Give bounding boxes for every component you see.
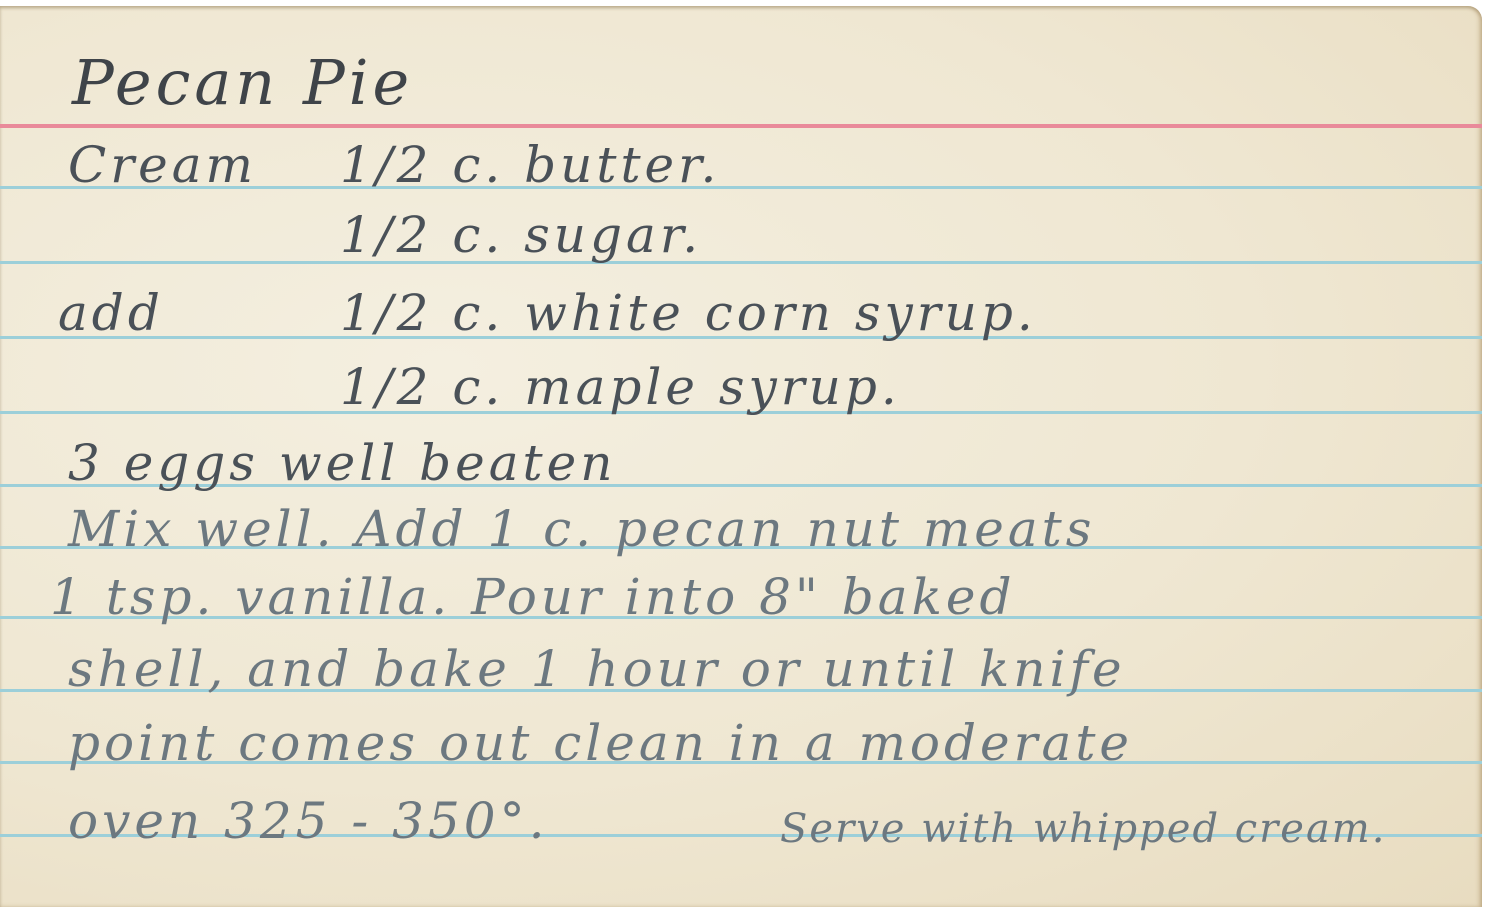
recipe-card: Pecan Pie Cream 1/2 c. butter. 1/2 c. su… [0,6,1482,907]
ingredient-line: 1/2 c. sugar. [340,206,702,264]
instruction-line: shell, and bake 1 hour or until knife [68,640,1126,698]
ingredient-line: 1/2 c. butter. [340,136,720,194]
instruction-line: point comes out clean in a moderate [68,714,1133,772]
recipe-title: Pecan Pie [72,46,413,119]
blue-rule [0,261,1482,264]
ingredient-line: 1/2 c. maple syrup. [340,358,901,416]
serving-note: Serve with whipped cream. [780,806,1386,852]
instruction-line: Mix well. Add 1 c. pecan nut meats [68,500,1095,558]
instruction-line: 1 tsp. vanilla. Pour into 8" baked [50,568,1016,626]
step-prefix: Cream [68,136,257,194]
instruction-line: oven 325 - 350°. [68,792,548,850]
instruction-line: 3 eggs well beaten [68,434,616,492]
ingredient-line: 1/2 c. white corn syrup. [340,284,1037,342]
step-prefix: add [58,284,164,342]
header-red-rule [0,124,1482,128]
